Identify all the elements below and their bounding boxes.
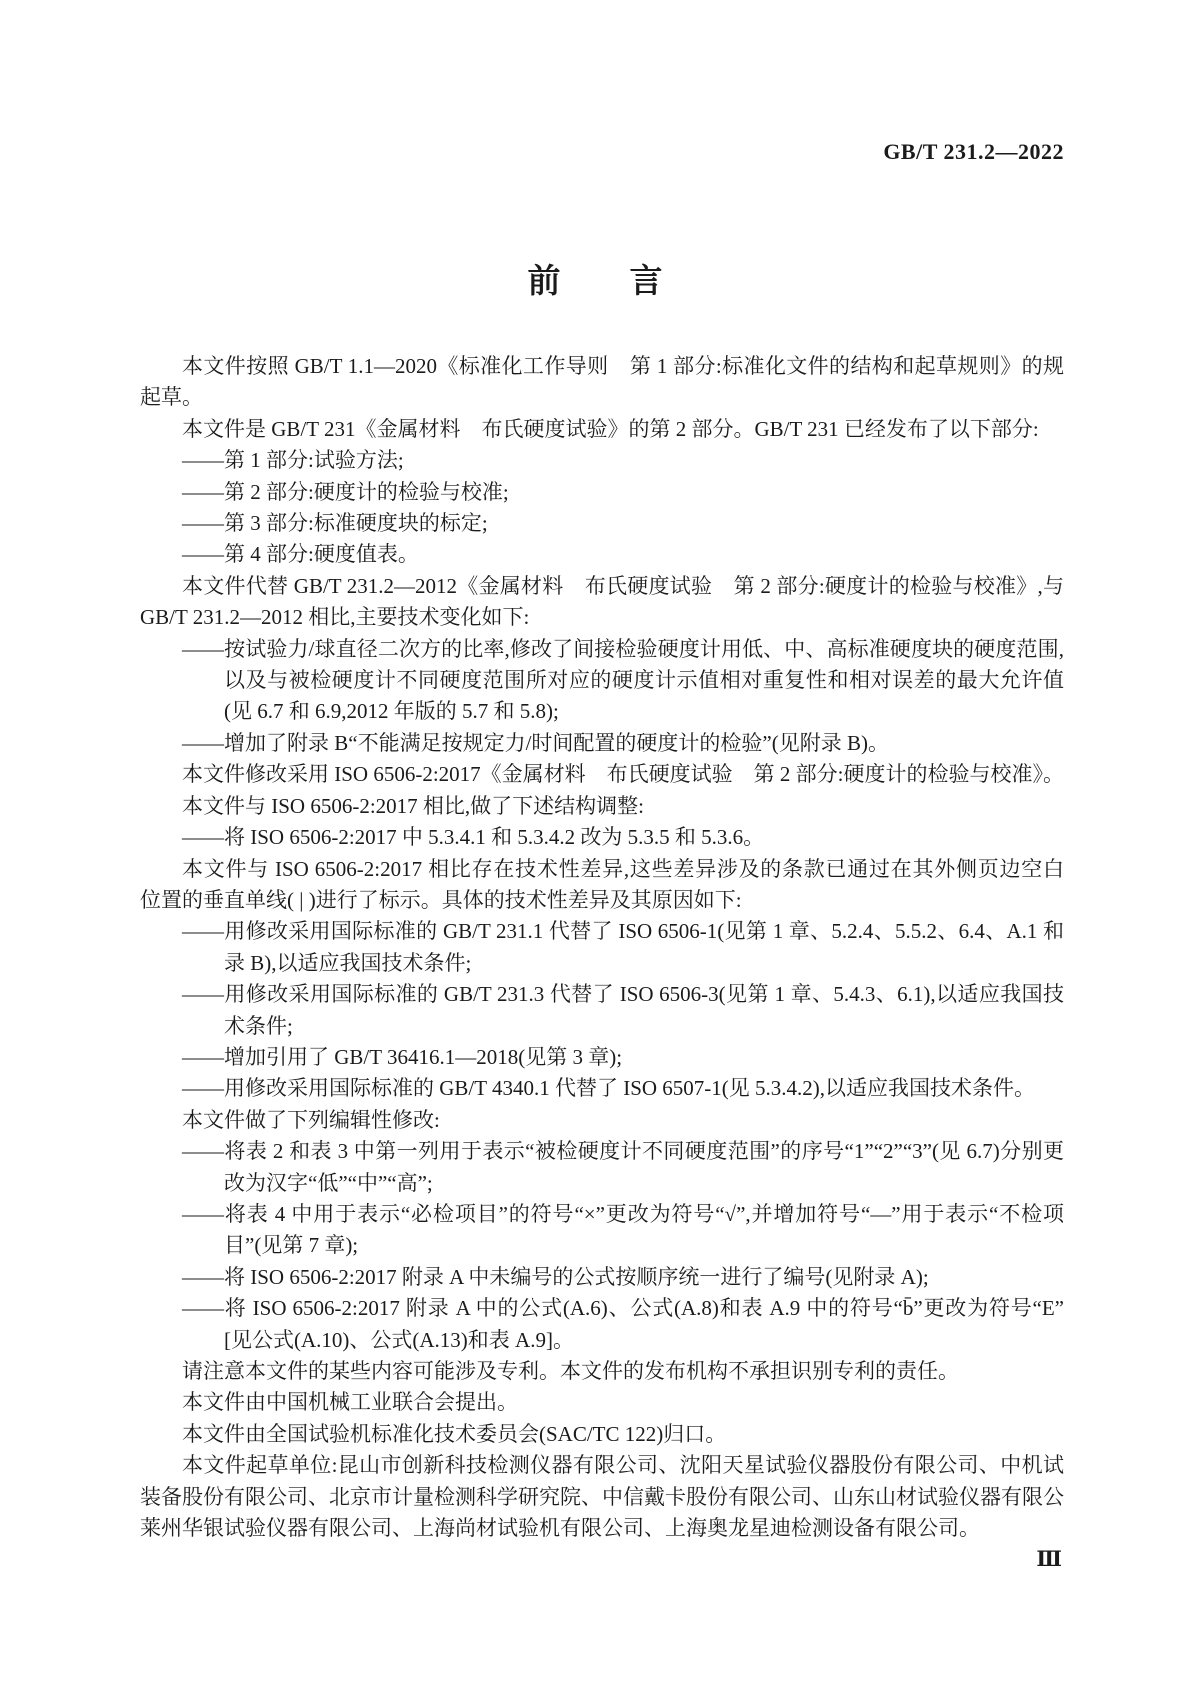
text-line: 本文件与 ISO 6506-2:2017 相比,做了下述结构调整:: [140, 791, 1064, 822]
text-line: 术条件;: [140, 1011, 1064, 1042]
text-line: 起草。: [140, 382, 1064, 413]
text-line: ——第 3 部分:标准硬度块的标定;: [140, 508, 1064, 539]
text-line: ——按试验力/球直径二次方的比率,修改了间接检验硬度计用低、中、高标准硬度块的硬…: [140, 634, 1064, 665]
text-line: ——用修改采用国际标准的 GB/T 4340.1 代替了 ISO 6507-1(…: [140, 1073, 1064, 1104]
text-line: ——将 ISO 6506-2:2017 附录 A 中的公式(A.6)、公式(A.…: [140, 1293, 1064, 1324]
text-line: 本文件由全国试验机标准化技术委员会(SAC/TC 122)归口。: [140, 1419, 1064, 1450]
foreword-body: 本文件按照 GB/T 1.1—2020《标准化工作导则 第 1 部分:标准化文件…: [140, 351, 1064, 1544]
doc-number: GB/T 231.2—2022: [883, 139, 1064, 165]
text-line: 本文件代替 GB/T 231.2—2012《金属材料 布氏硬度试验 第 2 部分…: [140, 571, 1064, 602]
text-line: 本文件由中国机械工业联合会提出。: [140, 1387, 1064, 1418]
text-line: [见公式(A.10)、公式(A.13)和表 A.9]。: [140, 1325, 1064, 1356]
text-line: ——将表 4 中用于表示“必检项目”的符号“×”更改为符号“√”,并增加符号“—…: [140, 1199, 1064, 1230]
text-line: 装备股份有限公司、北京市计量检测科学研究院、中信戴卡股份有限公司、山东山材试验仪…: [140, 1482, 1064, 1513]
text-line: 本文件按照 GB/T 1.1—2020《标准化工作导则 第 1 部分:标准化文件…: [140, 351, 1064, 382]
text-line: 本文件做了下列编辑性修改:: [140, 1105, 1064, 1136]
text-line: ——用修改采用国际标准的 GB/T 231.1 代替了 ISO 6506-1(见…: [140, 916, 1064, 947]
text-line: ——将表 2 和表 3 中第一列用于表示“被检硬度计不同硬度范围”的序号“1”“…: [140, 1136, 1064, 1167]
text-line: ——第 2 部分:硬度计的检验与校准;: [140, 477, 1064, 508]
text-line: 以及与被检硬度计不同硬度范围所对应的硬度计示值相对重复性和相对误差的最大允许值: [140, 665, 1064, 696]
text-line: 改为汉字“低”“中”“高”;: [140, 1168, 1064, 1199]
text-line: 请注意本文件的某些内容可能涉及专利。本文件的发布机构不承担识别专利的责任。: [140, 1356, 1064, 1387]
page-number: Ⅲ: [1036, 1546, 1063, 1572]
text-line: ——增加引用了 GB/T 36416.1—2018(见第 3 章);: [140, 1042, 1064, 1073]
text-line: ——将 ISO 6506-2:2017 中 5.3.4.1 和 5.3.4.2 …: [140, 822, 1064, 853]
text-line: ——用修改采用国际标准的 GB/T 231.3 代替了 ISO 6506-3(见…: [140, 979, 1064, 1010]
text-line: 本文件起草单位:昆山市创新科技检测仪器有限公司、沈阳天星试验仪器股份有限公司、中…: [140, 1450, 1064, 1481]
page-title: 前 言: [0, 255, 1191, 302]
text-line: 本文件是 GB/T 231《金属材料 布氏硬度试验》的第 2 部分。GB/T 2…: [140, 414, 1064, 445]
text-line: 本文件修改采用 ISO 6506-2:2017《金属材料 布氏硬度试验 第 2 …: [140, 759, 1064, 790]
text-line: ——将 ISO 6506-2:2017 附录 A 中未编号的公式按顺序统一进行了…: [140, 1262, 1064, 1293]
text-line: 本文件与 ISO 6506-2:2017 相比存在技术性差异,这些差异涉及的条款…: [140, 854, 1064, 885]
text-line: 录 B),以适应我国技术条件;: [140, 948, 1064, 979]
text-line: ——第 1 部分:试验方法;: [140, 445, 1064, 476]
document-page: GB/T 231.2—2022 前 言 本文件按照 GB/T 1.1—2020《…: [0, 0, 1191, 1684]
text-line: 目”(见第 7 章);: [140, 1230, 1064, 1261]
text-line: ——第 4 部分:硬度值表。: [140, 539, 1064, 570]
text-line: (见 6.7 和 6.9,2012 年版的 5.7 和 5.8);: [140, 696, 1064, 727]
text-line: 莱州华银试验仪器有限公司、上海尚材试验机有限公司、上海奥龙星迪检测设备有限公司。: [140, 1513, 1064, 1544]
text-line: GB/T 231.2—2012 相比,主要技术变化如下:: [140, 602, 1064, 633]
text-line: ——增加了附录 B“不能满足按规定力/时间配置的硬度计的检验”(见附录 B)。: [140, 728, 1064, 759]
text-line: 位置的垂直单线( | )进行了标示。具体的技术性差异及其原因如下:: [140, 885, 1064, 916]
